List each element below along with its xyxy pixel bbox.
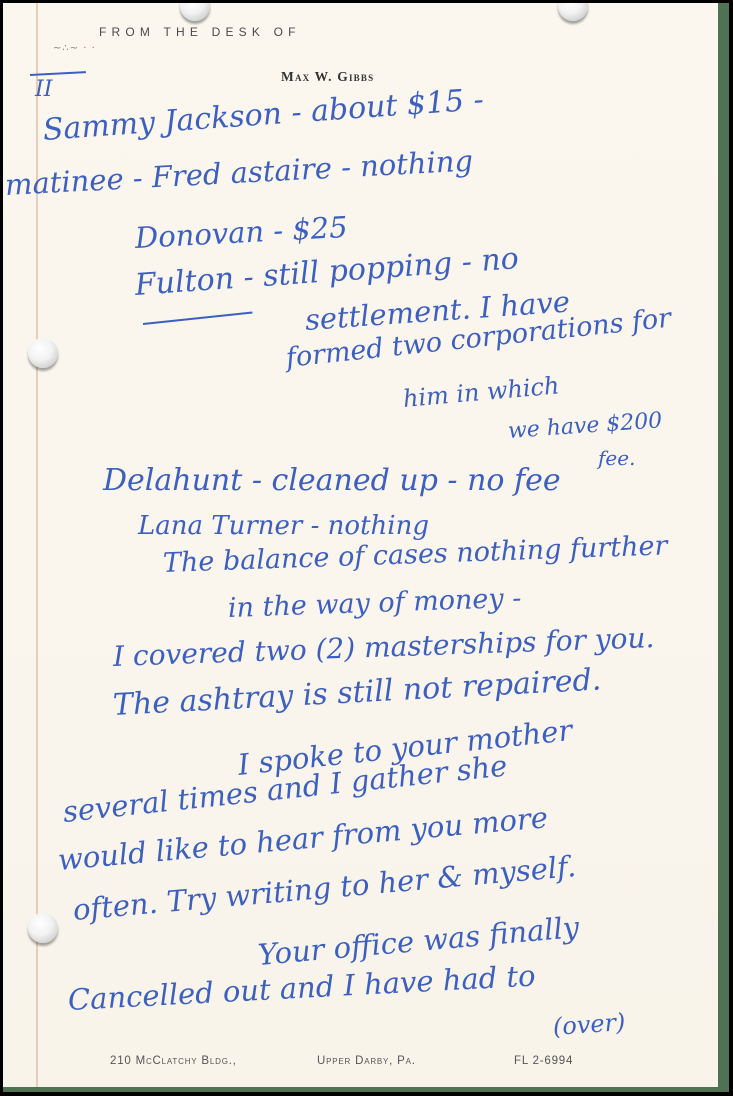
right-border (718, 3, 729, 1090)
punch-hole-middle-left (28, 338, 58, 368)
fulton-underline (143, 312, 253, 325)
note-line-way-of-money: in the way of money - (227, 583, 521, 624)
note-line-lana-turner: Lana Turner - nothing (138, 511, 429, 541)
note-line-we-have-200: we have $200 (507, 408, 663, 444)
note-line-over: (over) (552, 1008, 626, 1041)
punch-hole-top-left (180, 3, 210, 21)
note-line-him-in-which: him in which (402, 371, 561, 413)
bottom-border (3, 1087, 729, 1092)
letter-page: FROM THE DESK OF ~∴~ · · Max W. Gibbs II… (3, 3, 721, 1090)
footer-phone: FL 2-6994 (514, 1055, 573, 1067)
footer-address: 210 McClatchy Bldg., (110, 1055, 237, 1067)
note-line-ashtray: The ashtray is still not repaired. (112, 662, 602, 723)
note-line-donovan: Donovan - $25 (134, 210, 348, 255)
letterhead-header: FROM THE DESK OF (99, 25, 301, 39)
page-marker: II (35, 77, 52, 102)
punch-hole-bottom-left (28, 913, 58, 943)
note-line-delahunt: Delahunt - cleaned up - no fee (103, 463, 561, 498)
footer-city: Upper Darby, Pa. (317, 1055, 416, 1067)
ink-smudge: ~∴~ · · (53, 43, 96, 54)
punch-hole-top-right (558, 3, 588, 21)
page-marker-overline (30, 71, 86, 76)
note-line-fred-astaire: matinee - Fred astaire - nothing (4, 144, 474, 202)
note-line-fee: fee. (598, 446, 635, 470)
letterhead-name: Max W. Gibbs (281, 69, 374, 85)
note-line-sammy-jackson: Sammy Jackson - about $15 - (42, 82, 485, 148)
